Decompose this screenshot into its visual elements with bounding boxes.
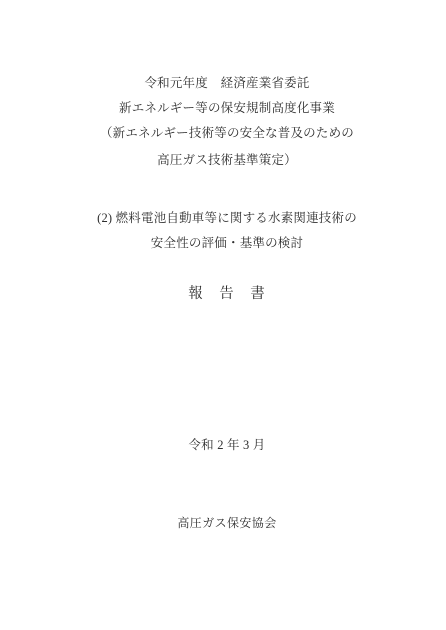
- report-title: 報 告 書: [8, 286, 446, 303]
- project-name-line: 新エネルギー等の保安規制高度化事業: [8, 101, 446, 115]
- report-cover-page: 令和元年度 経済産業省委託 新エネルギー等の保安規制高度化事業 （新エネルギー技…: [0, 0, 446, 630]
- project-subtitle-line-1: （新エネルギー技術等の安全な普及のための: [8, 126, 446, 140]
- publication-date: 令和 2 年 3 月: [8, 438, 446, 452]
- report-topic-line-1: (2) 燃料電池自動車等に関する水素関連技術の: [8, 211, 446, 225]
- fiscal-year-commission-line: 令和元年度 経済産業省委託: [8, 76, 446, 90]
- report-topic-line-2: 安全性の評価・基準の検討: [8, 236, 446, 250]
- project-subtitle-line-2: 高圧ガス技術基準策定）: [8, 153, 446, 167]
- organization-name: 高圧ガス保安協会: [8, 517, 446, 531]
